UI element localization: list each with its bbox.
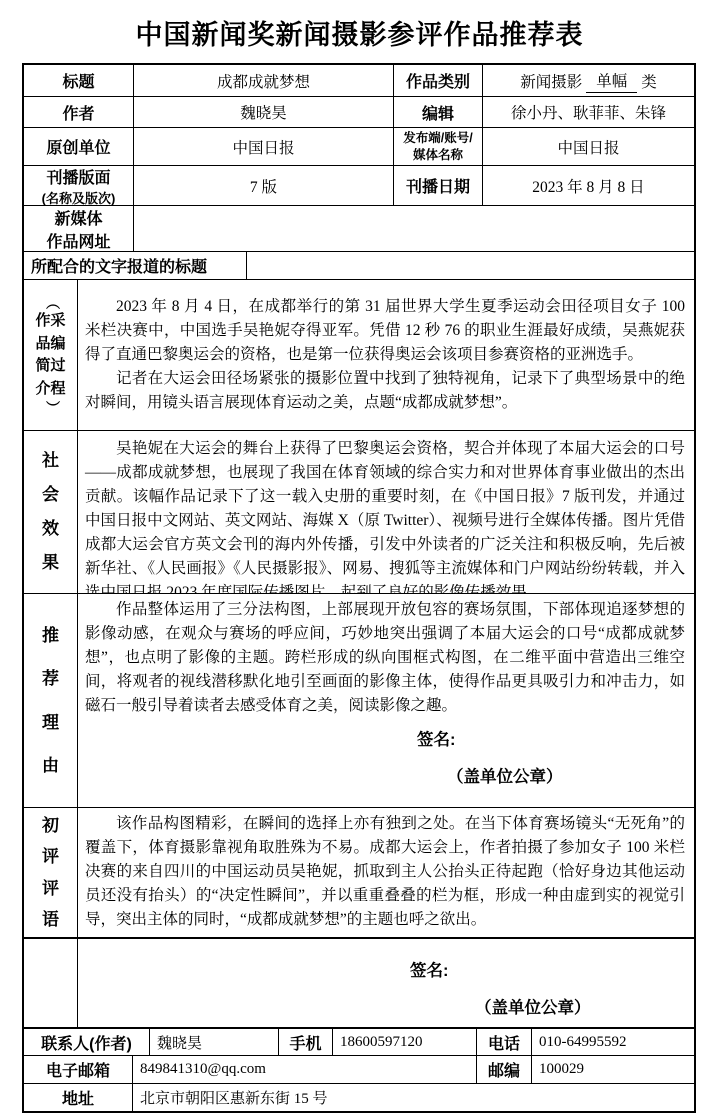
author-value: 魏晓昊 <box>133 97 393 127</box>
pubdate-value: 2023 年 8 月 8 日 <box>482 166 694 205</box>
email-label: 电子邮箱 <box>24 1056 132 1083</box>
preliminary-review-label: 初评评语 <box>24 808 77 937</box>
recommend-signature-block: 签名: （盖单位公章） 2024 年 4 月 24 日 <box>417 728 685 807</box>
signature-date: 2024 年 4 月 24 日 <box>457 805 685 807</box>
category-underlined-value: 单幅 <box>586 69 637 93</box>
category-suffix: 类 <box>641 70 657 92</box>
row-final-signature: 签名: （盖单位公章） 2024 年 5 月 11 日 <box>24 937 694 1027</box>
pubdate-label: 刊播日期 <box>393 166 482 205</box>
zip-value: 100029 <box>531 1056 694 1083</box>
row-address: 地址 北京市朝阳区惠新东街 15 号 <box>24 1083 694 1111</box>
page-value: 7 版 <box>133 166 393 205</box>
row-origin-org: 原创单位 中国日报 发布端/账号/ 媒体名称 中国日报 <box>24 127 694 165</box>
work-title-label: 标题 <box>24 65 133 96</box>
social-effect-text: 吴艳妮在大运会的舞台上获得了巴黎奥运会资格，契合并体现了本届大运会的口号——成都… <box>77 431 694 593</box>
seal-label: （盖单位公章） <box>447 765 685 789</box>
text-report-label: 所配合的文字报道的标题 <box>24 252 246 279</box>
intro-text: 2023 年 8 月 4 日，在成都举行的第 31 届世界大学生夏季运动会田径项… <box>77 280 694 430</box>
contact-value: 魏晓昊 <box>149 1029 278 1055</box>
review-paragraph: 该作品构图精彩，在瞬间的选择上亦有独到之处。在当下体育赛场镜头“无死角”的覆盖下… <box>85 812 685 932</box>
mobile-value: 18600597120 <box>332 1029 476 1055</box>
signature-label: 签名: <box>417 728 685 752</box>
row-text-report-title: 所配合的文字报道的标题 <box>24 251 694 279</box>
recommend-reason-label: 推荐理由 <box>24 594 77 807</box>
recommendation-form-table: 标题 成都成就梦想 作品类别 新闻摄影单幅类 作者 魏晓昊 编辑 徐小丹、耿菲菲… <box>22 63 696 1113</box>
work-title-value: 成都成就梦想 <box>133 65 393 96</box>
intro-label-chars: 作采品编简过介程 <box>33 310 68 400</box>
row-recommend-reason: 推荐理由 作品整体运用了三分法构图，上部展现开放包容的赛场氛围，下部体现追逐梦想… <box>24 593 694 807</box>
final-signature-label-empty <box>24 939 77 1027</box>
row-contact-person: 联系人(作者) 魏晓昊 手机 18600597120 电话 010-649955… <box>24 1027 694 1055</box>
mobile-label: 手机 <box>278 1029 332 1055</box>
row-preliminary-review: 初评评语 该作品构图精彩，在瞬间的选择上亦有独到之处。在当下体育赛场镜头“无死角… <box>24 807 694 937</box>
row-newmedia-url: 新媒体 作品网址 <box>24 205 694 251</box>
address-value: 北京市朝阳区惠新东街 15 号 <box>132 1084 694 1111</box>
address-label: 地址 <box>24 1084 132 1111</box>
contact-label: 联系人(作者) <box>24 1029 149 1055</box>
intro-paren-open: （ <box>43 296 58 310</box>
platform-value: 中国日报 <box>482 128 694 165</box>
seal-label: （盖单位公章） <box>475 994 694 1018</box>
row-intro: （ 作采品编简过介程 ） 2023 年 8 月 4 日，在成都举行的第 31 届… <box>24 279 694 430</box>
editor-value: 徐小丹、耿菲菲、朱锋 <box>482 97 694 127</box>
recommend-paragraph: 作品整体运用了三分法构图，上部展现开放包容的赛场氛围，下部体现追逐梦想的影像动感… <box>85 598 685 718</box>
final-signature-cell: 签名: （盖单位公章） 2024 年 5 月 11 日 <box>77 939 694 1027</box>
social-effect-paragraph: 吴艳妮在大运会的舞台上获得了巴黎奥运会资格，契合并体现了本届大运会的口号——成都… <box>85 437 685 593</box>
page-label: 刊播版面 (名称及版次) <box>24 166 133 205</box>
row-work-title: 标题 成都成就梦想 作品类别 新闻摄影单幅类 <box>24 65 694 96</box>
row-publication-page: 刊播版面 (名称及版次) 7 版 刊播日期 2023 年 8 月 8 日 <box>24 165 694 205</box>
origin-org-value: 中国日报 <box>133 128 393 165</box>
origin-org-label: 原创单位 <box>24 128 133 165</box>
row-email: 电子邮箱 849841310@qq.com 邮编 100029 <box>24 1055 694 1083</box>
category-label: 作品类别 <box>393 65 482 96</box>
newmedia-value-empty <box>133 206 694 251</box>
final-signature-block: 签名: （盖单位公章） 2024 年 5 月 11 日 <box>410 957 694 1027</box>
signature-label: 签名: <box>410 957 694 981</box>
intro-paren-close: ） <box>43 401 58 415</box>
page-title: 中国新闻奖新闻摄影参评作品推荐表 <box>0 13 719 52</box>
row-social-effect: 社会效果 吴艳妮在大运会的舞台上获得了巴黎奥运会资格，契合并体现了本届大运会的口… <box>24 430 694 593</box>
social-effect-label: 社会效果 <box>24 431 77 593</box>
intro-label: （ 作采品编简过介程 ） <box>24 280 77 430</box>
editor-label: 编辑 <box>393 97 482 127</box>
intro-paragraph: 记者在大运会田径场紧张的摄影位置中找到了独特视角，记录下了典型场景中的绝对瞬间，… <box>85 367 685 415</box>
phone-label: 电话 <box>476 1029 531 1055</box>
category-prefix: 新闻摄影 <box>520 70 582 92</box>
zip-label: 邮编 <box>476 1056 531 1083</box>
text-report-value-empty <box>246 252 694 279</box>
email-value: 849841310@qq.com <box>132 1056 476 1083</box>
preliminary-review-text: 该作品构图精彩，在瞬间的选择上亦有独到之处。在当下体育赛场镜头“无死角”的覆盖下… <box>77 808 694 937</box>
platform-label: 发布端/账号/ 媒体名称 <box>393 128 482 165</box>
recommend-reason-text: 作品整体运用了三分法构图，上部展现开放包容的赛场氛围，下部体现追逐梦想的影像动感… <box>77 594 694 807</box>
row-author: 作者 魏晓昊 编辑 徐小丹、耿菲菲、朱锋 <box>24 96 694 127</box>
intro-paragraph: 2023 年 8 月 4 日，在成都举行的第 31 届世界大学生夏季运动会田径项… <box>85 295 685 367</box>
newmedia-label: 新媒体 作品网址 <box>24 206 133 251</box>
phone-value: 010-64995592 <box>531 1029 694 1055</box>
category-value: 新闻摄影单幅类 <box>482 65 694 96</box>
author-label: 作者 <box>24 97 133 127</box>
